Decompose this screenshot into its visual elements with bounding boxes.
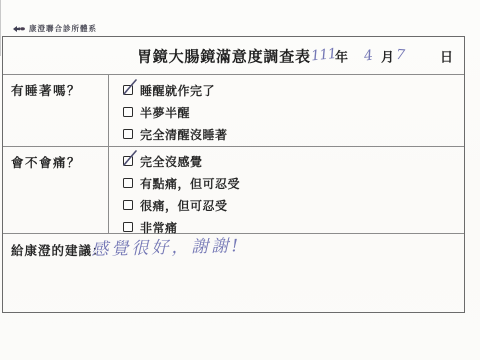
options-cell-sleep: 睡醒就作完了 半夢半醒 完全清醒沒睡 [109, 75, 228, 146]
option-pain-none: 完全沒感覺 [123, 150, 240, 172]
option-sleep-half: 半夢半醒 [123, 101, 228, 123]
option-label: 很痛，但可忍受 [140, 197, 228, 214]
suggestion-row: 給康澄的建議： 感覺很好，謝謝! [3, 234, 464, 312]
checkbox-icon [123, 200, 133, 210]
checkbox-icon [123, 156, 133, 166]
question-text-sleep: 有睡著嗎？ [11, 84, 81, 98]
handwritten-year: 111 [310, 45, 337, 64]
option-label: 睡醒就作完了 [140, 82, 215, 99]
year-label: 年 [335, 46, 348, 65]
clinic-logo-text: 康澄聯合診所體系 [29, 23, 97, 34]
option-label: 半夢半醒 [140, 104, 190, 121]
option-sleep-awake: 完全清醒沒睡著 [123, 123, 228, 145]
question-cell-sleep: 有睡著嗎？ [3, 75, 109, 146]
question-cell-pain: 會不會痛？ [3, 147, 109, 233]
scan-edge-artifact [0, 0, 1, 56]
checkbox-icon [123, 129, 133, 139]
options-cell-pain: 完全沒感覺 有點痛，但可忍受 很痛， [109, 147, 240, 233]
handwritten-checkmark-icon [121, 149, 139, 167]
month-label: 月 [381, 46, 394, 65]
title-row: 胃鏡大腸鏡滿意度調查表 111 年 4 月 7 日 [3, 37, 464, 75]
handwritten-month: 4 [363, 47, 374, 64]
option-pain-slight: 有點痛，但可忍受 [123, 172, 240, 194]
option-label: 有點痛，但可忍受 [140, 175, 240, 192]
checkbox-icon [123, 107, 133, 117]
handwritten-checkmark-icon [121, 78, 139, 96]
clinic-logo-icon [13, 25, 25, 33]
form-title: 胃鏡大腸鏡滿意度調查表 [137, 45, 311, 66]
option-label: 完全沒感覺 [140, 153, 203, 170]
option-pain-much: 很痛，但可忍受 [123, 194, 240, 216]
checkbox-icon [123, 85, 133, 95]
question-text-pain: 會不會痛？ [11, 156, 81, 170]
checkbox-icon [123, 178, 133, 188]
survey-table: 胃鏡大腸鏡滿意度調查表 111 年 4 月 7 日 有睡著嗎？ 睡醒就作完了 [2, 36, 465, 313]
suggestion-handwriting: 感覺很好，謝謝! [91, 231, 241, 260]
day-label: 日 [440, 46, 453, 65]
option-sleep-finished: 睡醒就作完了 [123, 79, 228, 101]
scanned-survey-form: 康澄聯合診所體系 胃鏡大腸鏡滿意度調查表 111 年 4 月 7 日 有睡著嗎？ [0, 0, 480, 360]
checkbox-icon [123, 222, 133, 232]
clinic-logo: 康澄聯合診所體系 [13, 23, 97, 34]
option-label: 完全清醒沒睡著 [140, 126, 228, 143]
handwritten-day: 7 [395, 46, 405, 63]
question-row-pain: 會不會痛？ 完全沒感覺 有 [3, 147, 464, 234]
question-row-sleep: 有睡著嗎？ 睡醒就作完了 [3, 75, 464, 147]
